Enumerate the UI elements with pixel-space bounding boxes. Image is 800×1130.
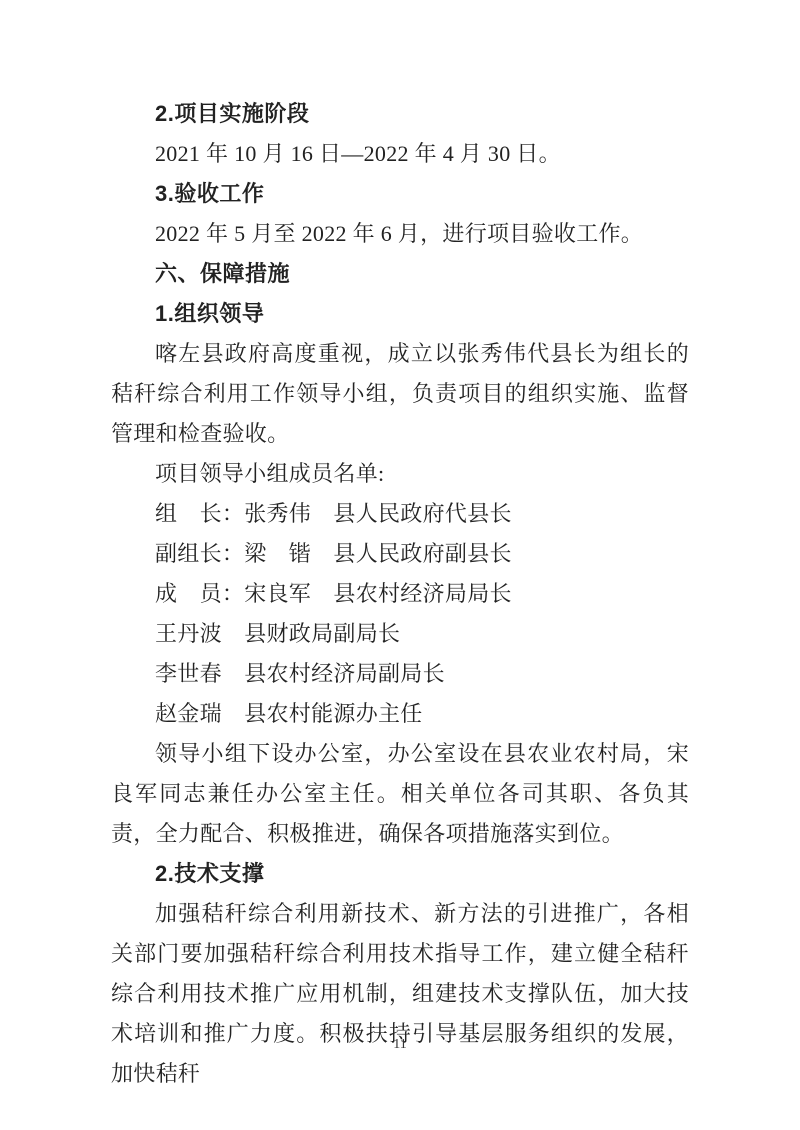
document-page: 2.项目实施阶段 2021 年 10 月 16 日—2022 年 4 月 30 … bbox=[0, 0, 800, 1130]
para-acceptance-period: 2022 年 5 月至 2022 年 6 月，进行项目验收工作。 bbox=[111, 214, 689, 254]
para-deputy-group-leader: 副组长：梁 锴 县人民政府副县长 bbox=[111, 534, 689, 574]
heading-acceptance-work: 3.验收工作 bbox=[111, 174, 689, 214]
heading-organizational-leadership: 1.组织领导 bbox=[111, 294, 689, 334]
para-office-setup: 领导小组下设办公室，办公室设在县农业农村局，宋良军同志兼任办公室主任。相关单位各… bbox=[111, 734, 689, 854]
para-technical-support-detail: 加强秸秆综合利用新技术、新方法的引进推广，各相关部门要加强秸秆综合利用技术指导工… bbox=[111, 894, 689, 1094]
para-member-zhao-jinrui: 赵金瑞 县农村能源办主任 bbox=[111, 694, 689, 734]
para-member-song-liangjun: 成 员：宋良军 县农村经济局局长 bbox=[111, 574, 689, 614]
para-member-wang-danbo: 王丹波 县财政局副局长 bbox=[111, 614, 689, 654]
para-member-list-title: 项目领导小组成员名单: bbox=[111, 454, 689, 494]
para-implementation-dates: 2021 年 10 月 16 日—2022 年 4 月 30 日。 bbox=[111, 134, 689, 174]
para-leadership-group-establishment: 喀左县政府高度重视，成立以张秀伟代县长为组长的秸秆综合利用工作领导小组，负责项目… bbox=[111, 334, 689, 454]
heading-technical-support: 2.技术支撑 bbox=[111, 854, 689, 894]
para-group-leader: 组 长：张秀伟 县人民政府代县长 bbox=[111, 494, 689, 534]
heading-section-six-safeguard-measures: 六、保障措施 bbox=[111, 254, 689, 294]
page-number: 11 bbox=[0, 1036, 800, 1054]
para-member-li-shichun: 李世春 县农村经济局副局长 bbox=[111, 654, 689, 694]
heading-project-implementation-phase: 2.项目实施阶段 bbox=[111, 94, 689, 134]
document-body: 2.项目实施阶段 2021 年 10 月 16 日—2022 年 4 月 30 … bbox=[111, 94, 689, 1094]
